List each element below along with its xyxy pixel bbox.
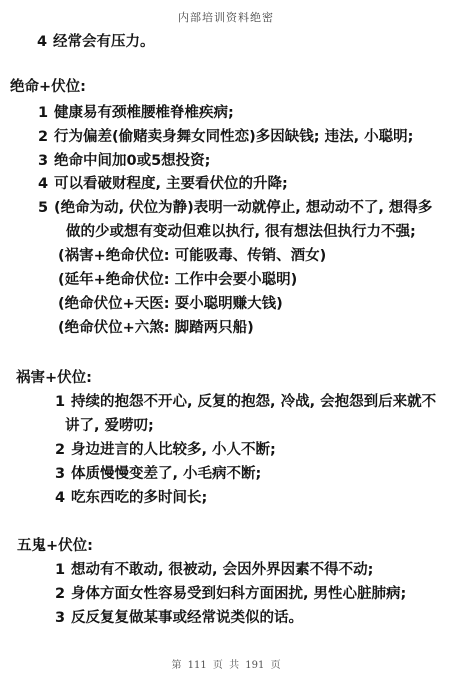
footer-mid: 页 共 <box>213 660 239 671</box>
list-item: 1健康易有颈椎腰椎脊椎疾病; <box>38 104 234 122</box>
item-number: 4 <box>38 175 54 193</box>
item-text: 可以看破财程度, 主要看伏位的升降; <box>54 176 288 192</box>
footer-suffix: 页 <box>271 660 281 671</box>
item-number: 3 <box>55 465 71 483</box>
list-item: 2身边进言的人比较多, 小人不断; <box>55 441 276 459</box>
section-title-wugui-fuwei: 五鬼+伏位: <box>17 537 93 555</box>
item-text: 身体方面女性容易受到妇科方面困扰, 男性心脏肺病; <box>71 586 406 602</box>
item-number: 5 <box>38 199 54 217</box>
item-number: 2 <box>55 441 71 459</box>
item-number: 2 <box>38 128 54 146</box>
list-item: 4吃东西吃的多时间长; <box>55 489 207 507</box>
item-number: 4 <box>37 33 53 51</box>
item-text: 健康易有颈椎腰椎脊椎疾病; <box>54 105 234 121</box>
total-pages-number: 191 <box>245 660 264 671</box>
note-line: (延年+绝命伏位: 工作中会要小聪明) <box>58 271 297 289</box>
item-text: (绝命为动, 伏位为静)表明一动就停止, 想动动不了, 想得多 <box>54 200 432 216</box>
list-item: 4可以看破财程度, 主要看伏位的升降; <box>38 175 288 193</box>
current-page-number: 111 <box>188 660 207 671</box>
list-item: 1想动有不敢动, 很被动, 会因外界因素不得不动; <box>55 561 373 579</box>
list-item-continuation: 做的少或想有变动但难以执行, 很有想法但执行力不强; <box>66 223 416 241</box>
section-title-huohai-fuwei: 祸害+伏位: <box>16 369 92 387</box>
item-number: 3 <box>38 152 54 170</box>
item-text: 行为偏差(偷赌卖身舞女同性恋)多因缺钱; 违法, 小聪明; <box>54 129 413 145</box>
list-item: 5(绝命为动, 伏位为静)表明一动就停止, 想动动不了, 想得多 <box>38 199 432 217</box>
item-number: 2 <box>55 585 71 603</box>
list-item-continuation: 讲了, 爱唠叨; <box>65 417 154 435</box>
item-number: 3 <box>55 609 71 627</box>
note-line: (绝命伏位+六煞: 脚踏两只船) <box>58 319 254 337</box>
item-text: 绝命中间加0或5想投资; <box>54 153 210 169</box>
item-number: 4 <box>55 489 71 507</box>
item-text: 身边进言的人比较多, 小人不断; <box>71 442 276 458</box>
list-item: 3体质慢慢变差了, 小毛病不断; <box>55 465 261 483</box>
item-text: 吃东西吃的多时间长; <box>71 490 207 506</box>
page-header: 内部培训资料绝密 <box>0 9 452 25</box>
list-item: 3绝命中间加0或5想投资; <box>38 152 210 170</box>
note-line: (祸害+绝命伏位: 可能吸毒、传销、酒女) <box>58 247 326 265</box>
list-item: 2行为偏差(偷赌卖身舞女同性恋)多因缺钱; 违法, 小聪明; <box>38 128 413 146</box>
item-number: 1 <box>55 393 71 411</box>
item-text: 想动有不敢动, 很被动, 会因外界因素不得不动; <box>71 562 373 578</box>
item-text: 体质慢慢变差了, 小毛病不断; <box>71 466 261 482</box>
note-line: (绝命伏位+天医: 耍小聪明赚大钱) <box>58 295 283 313</box>
list-item: 2身体方面女性容易受到妇科方面困扰, 男性心脏肺病; <box>55 585 406 603</box>
section-title-jueming-fuwei: 绝命+伏位: <box>10 78 86 96</box>
page-footer: 第 111 页 共 191 页 <box>0 656 452 671</box>
item-number: 1 <box>38 104 54 122</box>
list-item: 1持续的抱怨不开心, 反复的抱怨, 冷战, 会抱怨到后来就不 <box>55 393 436 411</box>
item-number: 1 <box>55 561 71 579</box>
footer-prefix: 第 <box>171 660 181 671</box>
item-text: 持续的抱怨不开心, 反复的抱怨, 冷战, 会抱怨到后来就不 <box>71 394 436 410</box>
list-item: 3反反复复做某事或经常说类似的话。 <box>55 609 303 627</box>
item-text: 经常会有压力。 <box>53 34 155 50</box>
item-text: 反反复复做某事或经常说类似的话。 <box>71 610 303 626</box>
intro-item: 4经常会有压力。 <box>37 33 155 51</box>
